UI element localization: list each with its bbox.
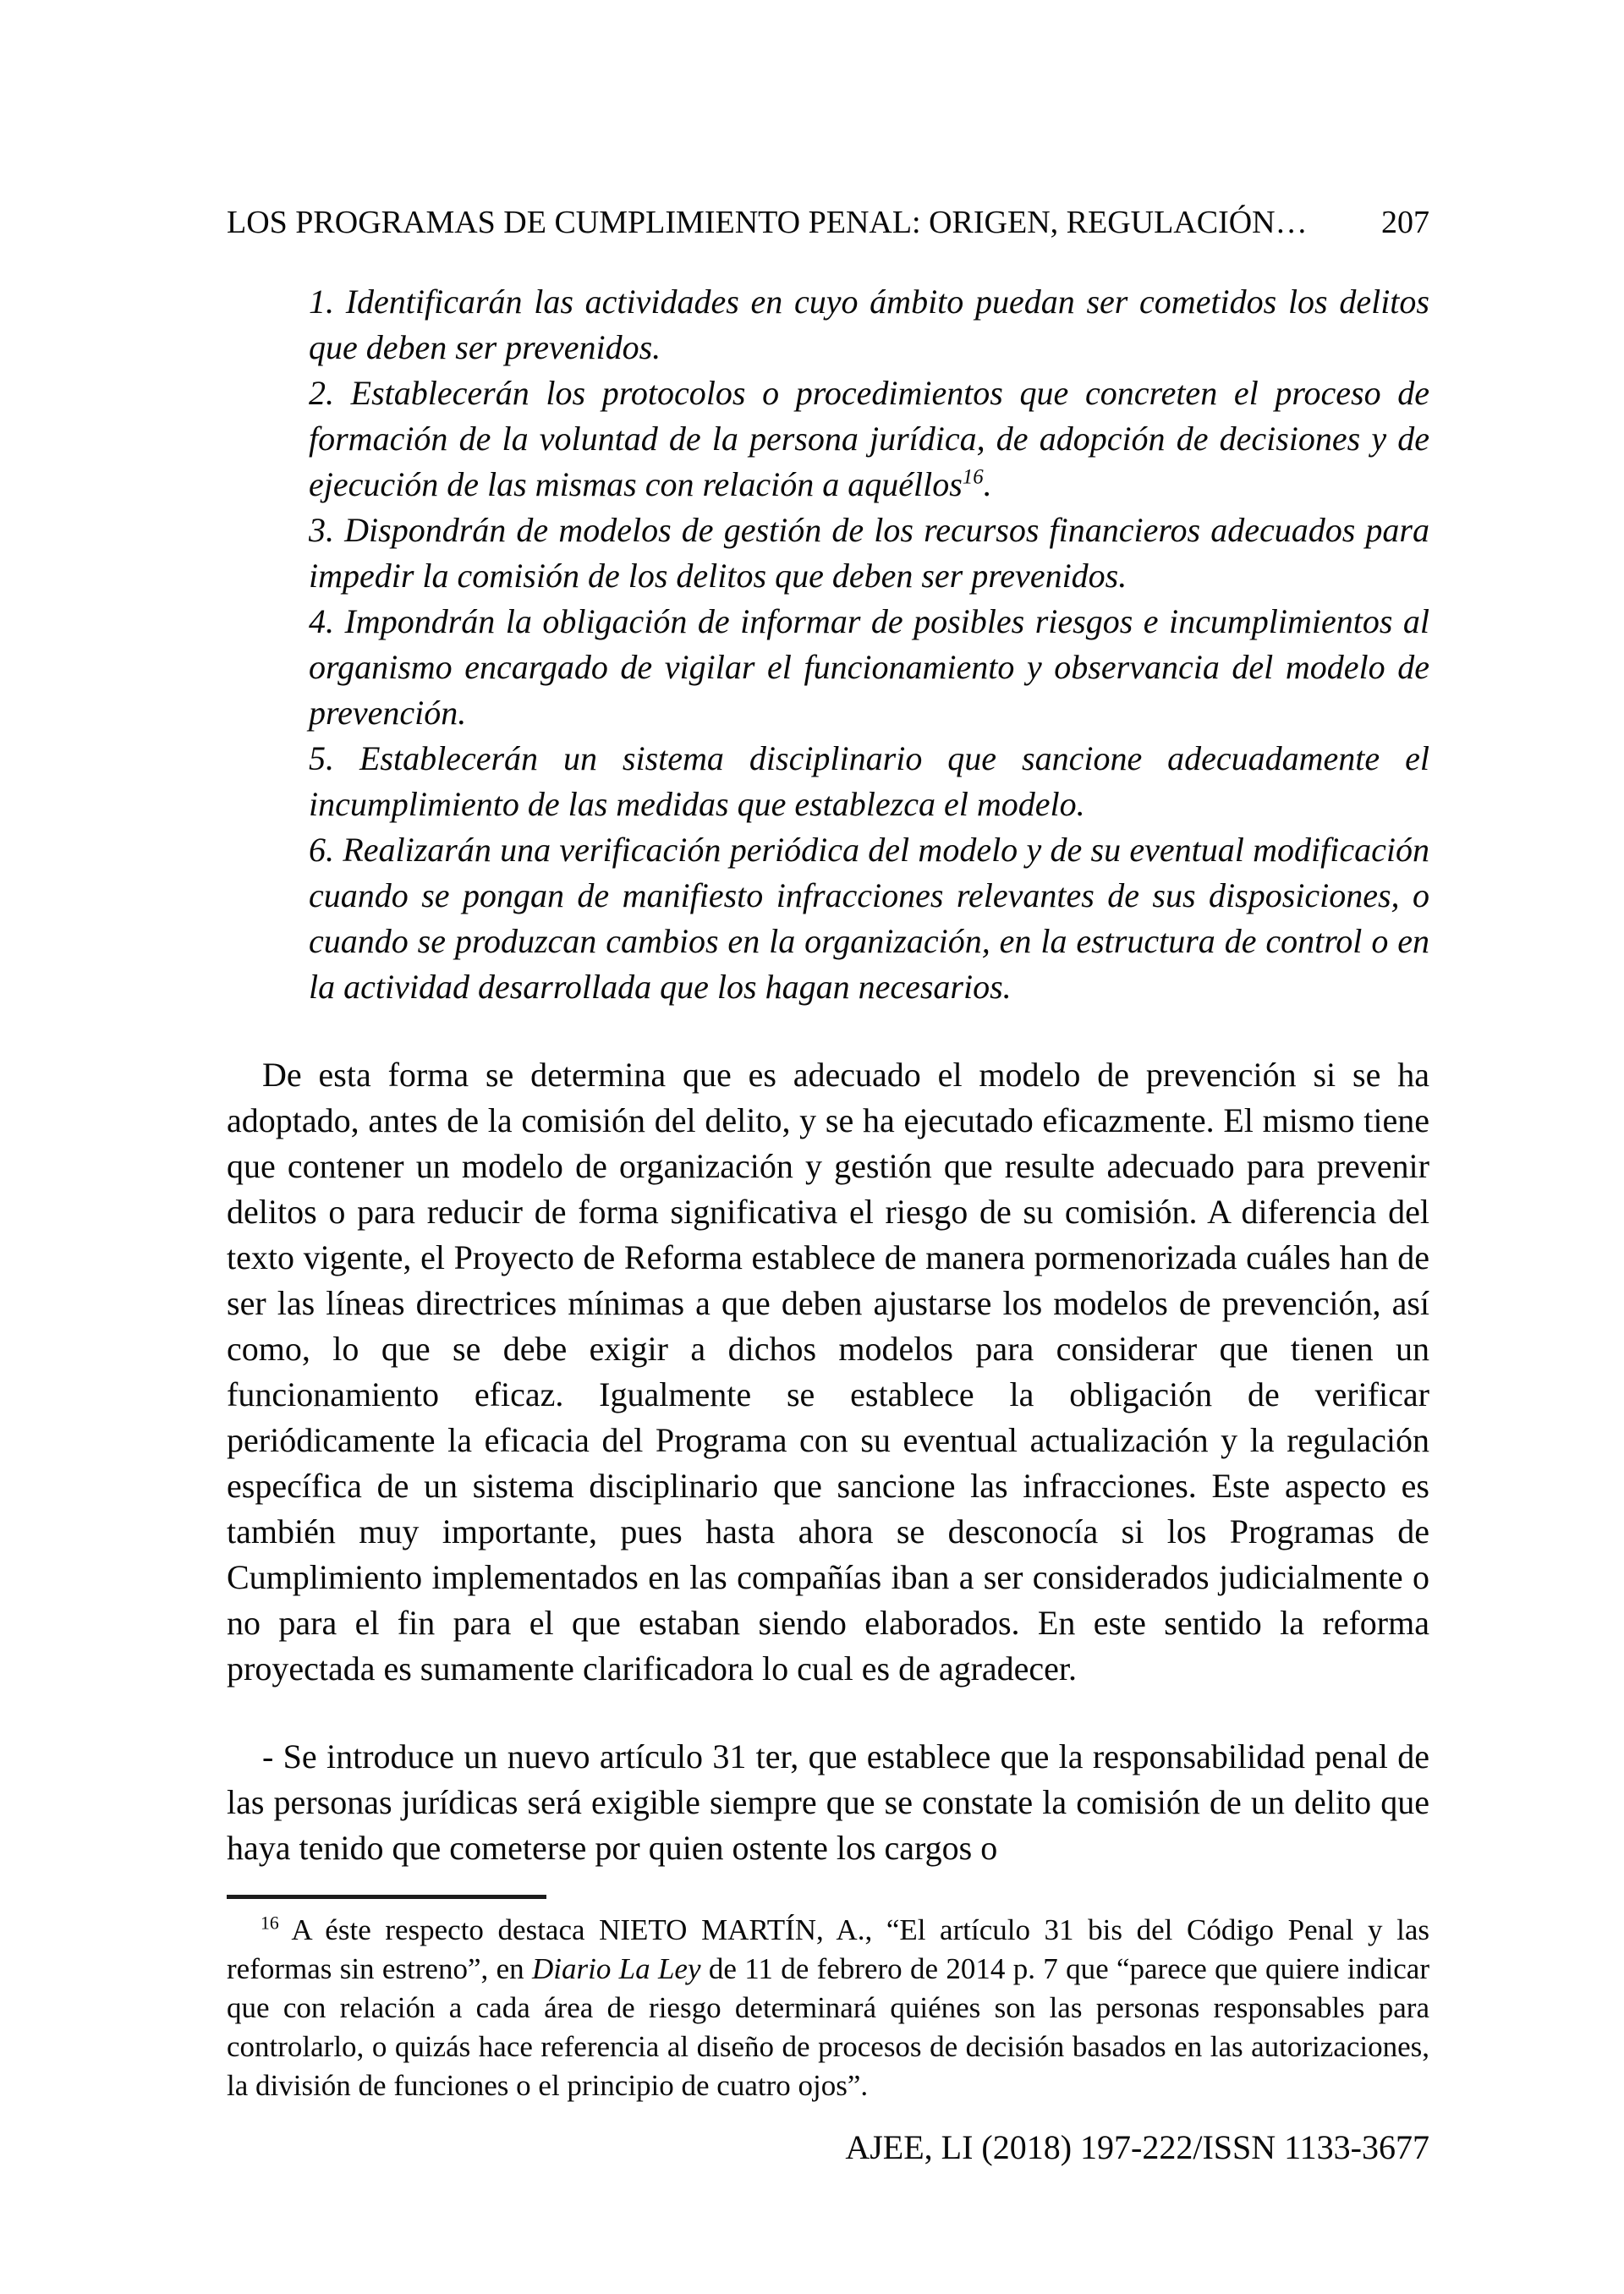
document-page: LOS PROGRAMAS DE CUMPLIMIENTO PENAL: ORI… (0, 0, 1624, 2294)
journal-citation: AJEE, LI (2018) 197-222/ISSN 1133-3677 (845, 2128, 1429, 2166)
block-quote: 1. Identificarán las actividades en cuyo… (309, 279, 1429, 1010)
page-header: LOS PROGRAMAS DE CUMPLIMIENTO PENAL: ORI… (227, 203, 1429, 242)
quote-item-3: 3. Dispondrán de modelos de gestión de l… (309, 508, 1429, 599)
footnote-marker: 16 (261, 1913, 279, 1933)
quote-item-6-text: 6. Realizarán una verificación periódica… (309, 831, 1429, 1006)
quote-item-3-text: 3. Dispondrán de modelos de gestión de l… (309, 511, 1429, 595)
footnote-ref-16: 16 (963, 466, 984, 489)
footnote-16: 16 A éste respecto destaca NIETO MARTÍN,… (227, 1911, 1429, 2105)
quote-item-5-text: 5. Establecerán un sistema disciplinario… (309, 739, 1429, 823)
journal-footer: AJEE, LI (2018) 197-222/ISSN 1133-3677 (227, 2127, 1429, 2168)
quote-item-6: 6. Realizarán una verificación periódica… (309, 827, 1429, 1010)
quote-item-4: 4. Impondrán la obligación de informar d… (309, 599, 1429, 736)
quote-item-2-tail: . (984, 465, 992, 503)
quote-item-1-text: 1. Identificarán las actividades en cuyo… (309, 283, 1429, 366)
page-number: 207 (1381, 203, 1429, 242)
footnote-separator (227, 1895, 546, 1899)
running-title: LOS PROGRAMAS DE CUMPLIMIENTO PENAL: ORI… (227, 203, 1308, 242)
quote-item-1: 1. Identificarán las actividades en cuyo… (309, 279, 1429, 370)
body-text: De esta forma se determina que es adecua… (227, 1052, 1429, 1871)
body-paragraph-1: De esta forma se determina que es adecua… (227, 1052, 1429, 1692)
quote-item-2-text: 2. Establecerán los protocolos o procedi… (309, 374, 1429, 503)
quote-item-2: 2. Establecerán los protocolos o procedi… (309, 370, 1429, 508)
quote-item-5: 5. Establecerán un sistema disciplinario… (309, 736, 1429, 827)
body-paragraph-2: - Se introduce un nuevo artículo 31 ter,… (227, 1734, 1429, 1871)
footnote-italic-title: Diario La Ley (532, 1952, 701, 1985)
quote-item-4-text: 4. Impondrán la obligación de informar d… (309, 602, 1429, 732)
